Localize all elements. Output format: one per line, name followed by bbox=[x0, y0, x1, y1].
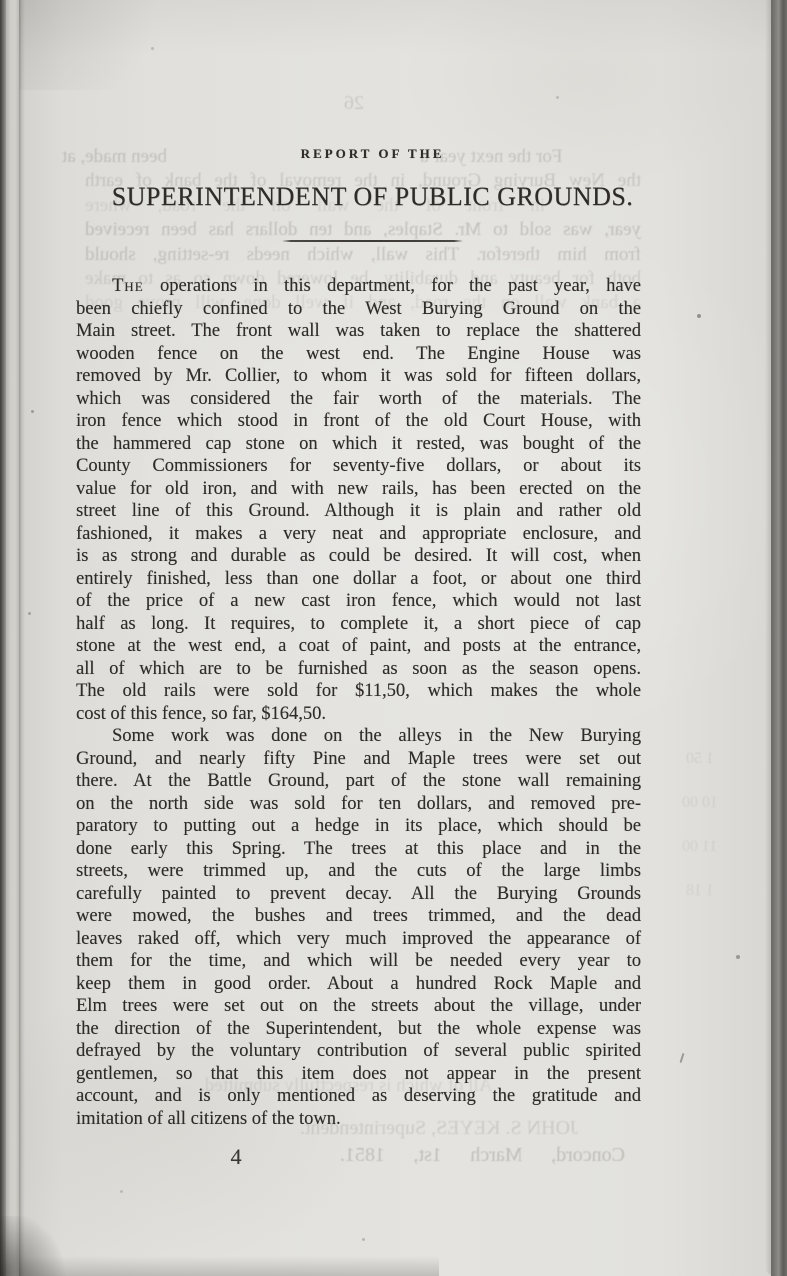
small-caps-lead: The bbox=[112, 276, 144, 296]
text-line: on the north side was sold for ten dolla… bbox=[76, 793, 641, 816]
text-line: them for the time, and which will be nee… bbox=[76, 950, 641, 973]
text-line: paratory to putting out a hedge in its p… bbox=[76, 815, 641, 838]
text-line: value for old iron, and with new rails, … bbox=[76, 478, 641, 501]
ink-speck bbox=[736, 955, 740, 959]
text-line: The old rails were sold for $11,50, whic… bbox=[76, 680, 641, 703]
text-line: defrayed by the voluntary contribution o… bbox=[76, 1040, 641, 1063]
ink-speck bbox=[362, 1238, 365, 1241]
text-line: were mowed, the bushes and trees trimmed… bbox=[76, 905, 641, 928]
ink-speck bbox=[697, 314, 701, 318]
ink-speck bbox=[556, 96, 559, 99]
text-line: The operations in this department, for t… bbox=[76, 275, 641, 298]
ink-speck bbox=[31, 410, 34, 413]
text-line: wooden fence on the west end. The Engine… bbox=[76, 343, 641, 366]
bleedthrough-text: 10 00 bbox=[682, 794, 718, 812]
text-line: account, and is only mentioned as deserv… bbox=[76, 1085, 641, 1108]
bleedthrough-text: 1 50 bbox=[686, 750, 714, 768]
text-line: leaves raked off, which very much improv… bbox=[76, 928, 641, 951]
text-line: Elm trees were set out on the streets ab… bbox=[76, 995, 641, 1018]
text-line: stone at the west end, a coat of paint, … bbox=[76, 635, 641, 658]
text-line: Main street. The front wall was taken to… bbox=[76, 320, 641, 343]
text-line: gentlemen, so that this item does not ap… bbox=[76, 1063, 641, 1086]
text-line: Some work was done on the alleys in the … bbox=[76, 725, 641, 748]
text-line: done early this Spring. The trees at thi… bbox=[76, 838, 641, 861]
bleedthrough-text: from him therefor. This wall, which need… bbox=[85, 245, 641, 266]
text-line: all of which are to be furnished as soon… bbox=[76, 658, 641, 681]
text-line: which was considered the fair worth of t… bbox=[76, 388, 641, 411]
text-line: the direction of the Superintendent, but… bbox=[76, 1018, 641, 1041]
bleedthrough-text: 26 bbox=[344, 92, 364, 114]
text-line: entirely finished, less than one dollar … bbox=[76, 568, 641, 591]
text-line: carefully painted to prevent decay. All … bbox=[76, 883, 641, 906]
text-line: iron fence which stood in front of the o… bbox=[76, 410, 641, 433]
title-divider-rule bbox=[282, 240, 463, 242]
bottom-edge-shadow bbox=[19, 1256, 439, 1276]
text-line: removed by Mr. Collier, to whom it was s… bbox=[76, 365, 641, 388]
text-line: fashioned, it makes a very neat and appr… bbox=[76, 523, 641, 546]
text-line: been chiefly confined to the West Buryin… bbox=[76, 298, 641, 321]
ink-speck bbox=[120, 1190, 123, 1193]
ink-speck bbox=[28, 612, 31, 615]
text-line: imitation of all citizens of the town. bbox=[76, 1108, 641, 1131]
text-line: of the price of a new cast iron fence, w… bbox=[76, 590, 641, 613]
text-line: half as long. It requires, to complete i… bbox=[76, 613, 641, 636]
report-kicker: REPORT OF THE bbox=[90, 146, 655, 162]
bleedthrough-text: 1 18 bbox=[686, 882, 714, 900]
ink-speck bbox=[151, 47, 154, 50]
body-text: The operations in this department, for t… bbox=[76, 275, 641, 1130]
page-title: SUPERINTENDENT OF PUBLIC GROUNDS. bbox=[90, 182, 655, 212]
text-line: keep them in good order. About a hundred… bbox=[76, 973, 641, 996]
text-line: the hammered cap stone on which it reste… bbox=[76, 433, 641, 456]
signature-mark: 4 bbox=[220, 1144, 252, 1170]
text-line: Ground, and nearly fifty Pine and Maple … bbox=[76, 748, 641, 771]
text-line: is as strong and durable as could be des… bbox=[76, 545, 641, 568]
scanned-book-page: 26been made, atFor the next year athe Ne… bbox=[0, 0, 787, 1276]
text-line: there. At the Battle Ground, part of the… bbox=[76, 770, 641, 793]
bleedthrough-text: 11 00 bbox=[682, 838, 717, 856]
bleedthrough-text: year, was sold to Mr. Staples, and ten d… bbox=[85, 220, 641, 241]
bleedthrough-text: Concord, March 1st, 1851. bbox=[340, 1144, 625, 1166]
text-line: streets, were trimmed up, and the cuts o… bbox=[76, 860, 641, 883]
text-line: County Commissioners for seventy-five do… bbox=[76, 455, 641, 478]
text-line: cost of this fence, so far, $164,50. bbox=[76, 703, 641, 726]
text-line: street line of this Ground. Although it … bbox=[76, 500, 641, 523]
